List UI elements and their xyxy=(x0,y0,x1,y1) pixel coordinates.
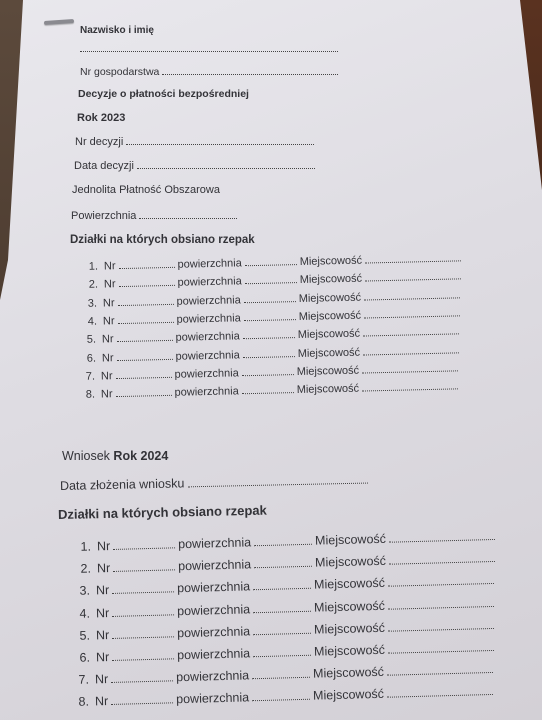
plot-index: 1. xyxy=(80,262,98,273)
plot-nr-field[interactable] xyxy=(112,614,174,617)
plot-place-field[interactable] xyxy=(363,352,459,355)
plot-nr-label: Nr xyxy=(100,389,112,400)
plot-nr-label: Nr xyxy=(103,298,115,309)
plot-area-label: powierzchnia xyxy=(176,692,249,706)
plot-nr-field[interactable] xyxy=(117,322,173,324)
decision-date-label: Data decyzji xyxy=(74,160,134,172)
plot-row: 7.NrpowierzchniaMiejscowość xyxy=(71,663,493,687)
name-field[interactable] xyxy=(80,44,338,55)
plot-nr-label: Nr xyxy=(102,316,114,327)
plot-area-field[interactable] xyxy=(254,544,312,547)
plot-area-label: powierzchnia xyxy=(177,277,241,289)
plot-place-field[interactable] xyxy=(364,297,460,300)
plot-index: 2. xyxy=(73,563,91,576)
decision-date-field[interactable] xyxy=(137,168,315,169)
plot-row: 6.NrpowierzchniaMiejscowość xyxy=(71,641,493,665)
plot-row: 8.NrpowierzchniaMiejscowość xyxy=(76,381,457,401)
plot-nr-label: Nr xyxy=(101,353,113,364)
plot-nr-label: Nr xyxy=(95,673,109,686)
plot-nr-field[interactable] xyxy=(113,547,175,550)
plot-place-label: Miejscowość xyxy=(296,384,359,396)
plot-area-label: powierzchnia xyxy=(178,559,251,573)
plot-nr-label: Nr xyxy=(95,651,109,664)
plot-place-label: Miejscowość xyxy=(313,644,384,658)
plot-area-field[interactable] xyxy=(253,633,311,636)
plot-nr-label: Nr xyxy=(97,540,111,553)
plot-place-field[interactable] xyxy=(388,583,494,587)
plot-index: 5. xyxy=(72,629,90,642)
plot-place-field[interactable] xyxy=(362,370,458,373)
area-label: Powierzchnia xyxy=(71,210,136,222)
farm-number-label: Nr gospodarstwa xyxy=(80,66,159,78)
plot-nr-field[interactable] xyxy=(116,358,172,360)
farm-number-row: Nr gospodarstwa xyxy=(80,67,338,78)
plot-place-label: Miejscowość xyxy=(315,555,386,569)
plot-place-field[interactable] xyxy=(387,650,493,654)
plot-area-label: powierzchnia xyxy=(174,368,238,380)
plot-place-label: Miejscowość xyxy=(300,256,363,268)
plot-nr-field[interactable] xyxy=(111,681,173,684)
plot-area-field[interactable] xyxy=(254,566,312,569)
plot-place-label: Miejscowość xyxy=(297,347,360,359)
plot-nr-label: Nr xyxy=(103,279,115,290)
plot-nr-field[interactable] xyxy=(118,285,174,287)
plot-area-label: powierzchnia xyxy=(174,386,238,398)
plot-row: 2.NrpowierzchniaMiejscowość xyxy=(79,272,460,292)
application-date-field[interactable] xyxy=(188,483,368,488)
section2-prefix: Wniosek xyxy=(62,449,110,463)
staple-icon xyxy=(44,19,74,25)
plot-area-field[interactable] xyxy=(252,699,310,702)
plots-2024-title: Działki na których obsiano rzepak xyxy=(58,504,267,521)
section2-title: Wniosek Rok 2024 xyxy=(62,450,168,463)
plot-area-field[interactable] xyxy=(244,301,296,303)
plot-nr-label: Nr xyxy=(95,695,109,708)
plot-area-field[interactable] xyxy=(252,677,310,680)
plot-nr-label: Nr xyxy=(97,562,111,575)
plot-place-field[interactable] xyxy=(363,334,459,337)
plot-index: 7. xyxy=(77,371,95,382)
decision-number-label: Nr decyzji xyxy=(75,136,123,148)
plot-nr-field[interactable] xyxy=(112,636,174,639)
plot-row: 4.NrpowierzchniaMiejscowość xyxy=(72,597,494,621)
plot-area-label: powierzchnia xyxy=(176,670,249,684)
plot-row: 6.NrpowierzchniaMiejscowość xyxy=(77,345,458,365)
plot-place-label: Miejscowość xyxy=(313,688,384,702)
decision-number-field[interactable] xyxy=(126,144,314,145)
single-area-payment-label: Jednolita Płatność Obszarowa xyxy=(72,185,220,196)
plot-place-label: Miejscowość xyxy=(299,292,362,304)
plot-place-field[interactable] xyxy=(365,260,461,263)
plot-row: 8.NrpowierzchniaMiejscowość xyxy=(71,685,493,709)
plot-place-label: Miejscowość xyxy=(314,622,385,636)
plot-index: 8. xyxy=(71,696,89,709)
plot-index: 4. xyxy=(72,607,90,620)
plot-area-label: powierzchnia xyxy=(176,313,240,325)
plot-index: 5. xyxy=(78,335,96,346)
plot-area-label: powierzchnia xyxy=(177,625,250,639)
plot-nr-field[interactable] xyxy=(116,377,172,379)
plot-row: 1.NrpowierzchniaMiejscowość xyxy=(73,530,495,554)
plot-area-field[interactable] xyxy=(243,319,295,321)
plot-area-label: powierzchnia xyxy=(178,536,251,550)
plot-nr-field[interactable] xyxy=(117,340,173,342)
plot-area-field[interactable] xyxy=(253,655,311,658)
plot-nr-field[interactable] xyxy=(112,658,174,661)
section2-year: Rok 2024 xyxy=(113,449,168,463)
plot-place-field[interactable] xyxy=(389,539,495,543)
plot-row: 2.NrpowierzchniaMiejscowość xyxy=(73,552,495,576)
plot-place-field[interactable] xyxy=(362,388,458,391)
plot-area-label: powierzchnia xyxy=(176,295,240,307)
decision-date-row: Data decyzji xyxy=(74,161,315,172)
plot-place-field[interactable] xyxy=(365,279,461,282)
plot-index: 2. xyxy=(79,280,97,291)
plot-nr-field[interactable] xyxy=(115,395,171,397)
application-date-label: Data złożenia wniosku xyxy=(60,476,185,493)
plot-index: 3. xyxy=(72,585,90,598)
plot-nr-field[interactable] xyxy=(113,592,175,595)
application-date-row: Data złożenia wniosku xyxy=(60,474,368,493)
plot-index: 4. xyxy=(78,316,96,327)
decision-number-row: Nr decyzji xyxy=(75,137,314,148)
plot-place-field[interactable] xyxy=(387,694,493,698)
plot-place-label: Miejscowość xyxy=(299,274,362,286)
section1-year: Rok 2023 xyxy=(77,113,125,124)
plot-place-label: Miejscowość xyxy=(298,329,361,341)
plot-place-label: Miejscowość xyxy=(298,310,361,322)
plot-place-field[interactable] xyxy=(364,315,460,318)
plot-nr-label: Nr xyxy=(101,371,113,382)
plot-index: 6. xyxy=(77,353,95,364)
area-field[interactable] xyxy=(139,218,237,219)
plot-row: 5.NrpowierzchniaMiejscowość xyxy=(72,619,494,643)
plot-index: 7. xyxy=(71,674,89,687)
plot-place-label: Miejscowość xyxy=(297,365,360,377)
plot-row: 3.NrpowierzchniaMiejscowość xyxy=(79,290,460,310)
plot-index: 6. xyxy=(71,652,89,665)
plot-nr-label: Nr xyxy=(96,629,110,642)
plot-nr-field[interactable] xyxy=(118,303,174,305)
plot-nr-label: Nr xyxy=(96,607,110,620)
plot-area-field[interactable] xyxy=(253,610,311,613)
plot-place-field[interactable] xyxy=(388,628,494,632)
plot-area-label: powierzchnia xyxy=(177,258,241,270)
plot-place-label: Miejscowość xyxy=(314,599,385,613)
plot-area-field[interactable] xyxy=(244,282,296,284)
area-row: Powierzchnia xyxy=(71,211,237,222)
plot-row: 3.NrpowierzchniaMiejscowość xyxy=(72,574,494,598)
plot-place-field[interactable] xyxy=(389,561,495,565)
plot-place-label: Miejscowość xyxy=(314,577,385,591)
plots-2023-title: Działki na których obsiano rzepak xyxy=(70,235,255,247)
plot-area-field[interactable] xyxy=(245,264,297,266)
plot-area-label: powierzchnia xyxy=(175,350,239,362)
plot-place-label: Miejscowość xyxy=(313,666,384,680)
plot-place-field[interactable] xyxy=(387,672,493,676)
plot-area-field[interactable] xyxy=(243,337,295,339)
plot-area-field[interactable] xyxy=(242,374,294,376)
plot-row: 4.NrpowierzchniaMiejscowość xyxy=(78,308,459,328)
plot-area-label: powierzchnia xyxy=(175,332,239,344)
plot-area-field[interactable] xyxy=(254,588,312,591)
plot-row: 5.NrpowierzchniaMiejscowość xyxy=(78,327,459,347)
plot-area-label: powierzchnia xyxy=(177,647,250,661)
plot-nr-label: Nr xyxy=(102,334,114,345)
plot-row: 7.NrpowierzchniaMiejscowość xyxy=(77,363,458,383)
plot-area-field[interactable] xyxy=(242,356,294,358)
plot-place-field[interactable] xyxy=(388,606,494,610)
plot-nr-field[interactable] xyxy=(119,267,175,269)
plot-index: 1. xyxy=(73,541,91,554)
plot-nr-field[interactable] xyxy=(113,570,175,573)
plot-nr-label: Nr xyxy=(104,261,116,272)
plot-place-label: Miejscowość xyxy=(315,533,386,547)
plot-row: 1.NrpowierzchniaMiejscowość xyxy=(80,253,461,273)
plot-area-field[interactable] xyxy=(241,392,293,394)
paper-form: Nazwisko i imię Nr gospodarstwa Decyzje … xyxy=(0,0,542,720)
plot-area-label: powierzchnia xyxy=(177,581,250,595)
plot-index: 3. xyxy=(79,298,97,309)
name-label: Nazwisko i imię xyxy=(80,26,154,36)
section1-title: Decyzje o płatności bezpośredniej xyxy=(78,89,249,100)
plot-nr-field[interactable] xyxy=(111,703,173,706)
plot-area-label: powierzchnia xyxy=(177,603,250,617)
plot-nr-label: Nr xyxy=(96,584,110,597)
plot-index: 8. xyxy=(76,390,94,401)
farm-number-field[interactable] xyxy=(162,74,338,75)
